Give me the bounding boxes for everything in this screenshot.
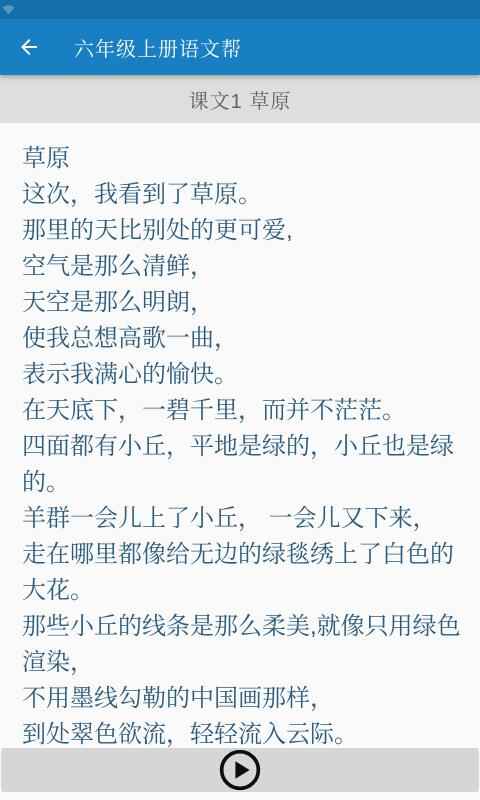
lesson-paragraph: 使我总想高歌一曲， [22,321,466,357]
lesson-paragraph: 表示我满心的愉快。 [22,357,466,393]
lesson-paragraph: 四面都有小丘，平地是绿的，小丘也是绿的。 [22,429,466,501]
lesson-paragraph: 在天底下，一碧千里，而并不茫茫。 [22,393,466,429]
lesson-text[interactable]: 草原这次，我看到了草原。那里的天比别处的更可爱,空气是那么清鲜，天空是那么明朗，… [0,123,480,800]
app-screen: 六年级上册语文帮 课文1 草原 草原这次，我看到了草原。那里的天比别处的更可爱,… [0,0,480,800]
back-button[interactable] [10,23,48,71]
lesson-paragraph: 天空是那么明朗， [22,285,466,321]
lesson-paragraph: 这次，我看到了草原。 [22,177,466,213]
arrow-back-icon [17,35,41,59]
lesson-paragraph: 走在哪里都像给无边的绿毯绣上了白色的大花。 [22,537,466,609]
lesson-paragraph: 那里的天比别处的更可爱, [22,213,466,249]
lesson-title: 课文1 草原 [189,85,292,114]
wifi-icon [2,2,15,17]
page-title: 六年级上册语文帮 [74,33,242,62]
lesson-paragraph: 空气是那么清鲜， [22,249,466,285]
status-bar [0,0,480,19]
play-button[interactable] [218,748,262,792]
lesson-paragraph: 羊群一会儿上了小丘， 一会儿又下来， [22,501,466,537]
lesson-header: 课文1 草原 [0,75,480,123]
play-icon [218,748,262,792]
lesson-paragraph: 草原 [22,141,466,177]
lesson-paragraph: 不用墨线勾勒的中国画那样， [22,681,466,717]
lesson-paragraph: 那些小丘的线条是那么柔美,就像只用绿色渲染， [22,609,466,681]
app-bar: 六年级上册语文帮 [0,0,480,75]
audio-player-bar [1,748,479,792]
